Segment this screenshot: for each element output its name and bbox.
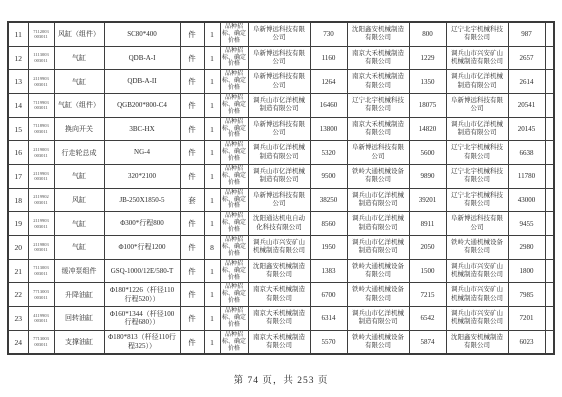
bidder-2-name: 南京大禾机械制造有限公司 (347, 46, 409, 70)
bidder-2-price: 39201 (409, 188, 446, 212)
bidder-2-price: 1500 (409, 259, 446, 283)
material-code-bottom: 003011 (29, 342, 54, 348)
bidder-3-name: 调兵山市兴安矿山机械制造有限公司 (446, 259, 508, 283)
bidder-2-name: 沈阳鑫安机械制造有限公司 (347, 22, 409, 46)
bidder-2-price: 9890 (409, 165, 446, 189)
remark-cell (545, 165, 554, 189)
unit: 件 (180, 307, 204, 331)
table-row: 13 2119903 003011 气缸 QDB-A-II 件 1 品种招标、确… (8, 70, 554, 94)
remark-cell (545, 141, 554, 165)
bidder-3-price: 1800 (508, 259, 545, 283)
bidder-3-price: 20145 (508, 117, 545, 141)
bidder-1-name: 阜新博远科技有限公司 (248, 22, 310, 46)
bidder-2-name: 铁岭大通机械设备有限公司 (347, 165, 409, 189)
item-name: 风缸 (54, 188, 104, 212)
bidder-3-price: 6023 (508, 330, 545, 354)
bidder-1-price: 5320 (310, 141, 347, 165)
row-number: 12 (8, 46, 28, 70)
unit: 件 (180, 259, 204, 283)
bidder-2-name: 辽宁北宇机械科技有限公司 (347, 94, 409, 118)
bidder-1-name: 调兵山市亿洋机械制造有限公司 (248, 94, 310, 118)
item-spec: QDB-A-I (104, 46, 180, 70)
bidder-3-price: 7985 (508, 283, 545, 307)
bidder-1-name: 阜新博远科技有限公司 (248, 117, 310, 141)
bidder-2-price: 800 (409, 22, 446, 46)
item-name: 换向开关 (54, 117, 104, 141)
quantity: 1 (204, 22, 220, 46)
bidder-2-name: 南京大禾机械制造有限公司 (347, 70, 409, 94)
bidder-2-price: 1350 (409, 70, 446, 94)
unit: 件 (180, 283, 204, 307)
item-name: 气缸 (54, 212, 104, 236)
material-code: 2119003 003011 (28, 141, 54, 165)
procurement-method: 品种招标、确定价格 (220, 283, 248, 307)
material-code: 2119803 003011 (28, 236, 54, 260)
unit: 件 (180, 330, 204, 354)
remark-cell (545, 94, 554, 118)
bidder-1-name: 调兵山市兴安矿山机械制造有限公司 (248, 236, 310, 260)
row-number: 15 (8, 117, 28, 141)
bidder-3-name: 调兵山市兴安矿山机械制造有限公司 (446, 46, 508, 70)
bidder-2-name: 调兵山市亿洋机械制造有限公司 (347, 307, 409, 331)
material-code-bottom: 003011 (29, 34, 54, 40)
table-row: 14 7119903 003011 气缸（组件） QGB200*800-C4 件… (8, 94, 554, 118)
bidder-1-price: 730 (310, 22, 347, 46)
bidder-1-name: 阜新博远科技有限公司 (248, 188, 310, 212)
bidder-1-price: 9500 (310, 165, 347, 189)
material-code: 1113003 003011 (28, 46, 54, 70)
procurement-method: 品种招标、确定价格 (220, 188, 248, 212)
bidder-1-price: 16460 (310, 94, 347, 118)
bidder-2-name: 调兵山市亿洋机械制造有限公司 (347, 188, 409, 212)
bidder-2-price: 7215 (409, 283, 446, 307)
bidder-1-price: 5570 (310, 330, 347, 354)
material-code: 2119902 003011 (28, 188, 54, 212)
unit: 件 (180, 94, 204, 118)
quantity: 1 (204, 307, 220, 331)
unit: 套 (180, 188, 204, 212)
bidder-3-name: 调兵山市兴安矿山机械制造有限公司 (446, 283, 508, 307)
bidder-1-price: 1160 (310, 46, 347, 70)
bidder-3-price: 987 (508, 22, 545, 46)
quantity: 1 (204, 46, 220, 70)
unit: 件 (180, 70, 204, 94)
row-number: 17 (8, 165, 28, 189)
bidder-3-name: 辽宁北宇机械科技有限公司 (446, 22, 508, 46)
procurement-method: 品种招标、确定价格 (220, 165, 248, 189)
procurement-method: 品种招标、确定价格 (220, 307, 248, 331)
material-code-bottom: 003011 (29, 200, 54, 206)
row-number: 13 (8, 70, 28, 94)
remark-cell (545, 70, 554, 94)
bidder-1-price: 6700 (310, 283, 347, 307)
bidder-3-name: 辽宁北宇机械科技有限公司 (446, 188, 508, 212)
document-page: 11 7112003 003011 风缸（组件） SC80*400 件 1 品种… (0, 0, 562, 397)
item-spec: QGB200*800-C4 (104, 94, 180, 118)
bidder-3-name: 辽宁北宇机械科技有限公司 (446, 141, 508, 165)
row-number: 14 (8, 94, 28, 118)
bidder-3-price: 11780 (508, 165, 545, 189)
remark-cell (545, 259, 554, 283)
quantity: 1 (204, 188, 220, 212)
remark-cell (545, 330, 554, 354)
bidder-1-name: 沈阳鑫安机械制造有限公司 (248, 259, 310, 283)
item-name: 风缸（组件） (54, 22, 104, 46)
remark-cell (545, 307, 554, 331)
item-name: 升降油缸 (54, 283, 104, 307)
row-number: 23 (8, 307, 28, 331)
bidder-3-name: 调兵山市兴安矿山机械制造有限公司 (446, 307, 508, 331)
bidder-1-price: 6314 (310, 307, 347, 331)
procurement-method: 品种招标、确定价格 (220, 22, 248, 46)
procurement-method: 品种招标、确定价格 (220, 212, 248, 236)
material-code-bottom: 003011 (29, 247, 54, 253)
row-number: 21 (8, 259, 28, 283)
material-code: 4119903 003011 (28, 307, 54, 331)
table-row: 17 2119903 003011 气缸 320*2100 件 1 品种招标、确… (8, 165, 554, 189)
material-code: 2119903 003011 (28, 212, 54, 236)
bidder-3-name: 辽宁北宇机械科技有限公司 (446, 165, 508, 189)
material-code: 2119903 003011 (28, 165, 54, 189)
table-row: 22 7713003 003011 升降油缸 Φ180*1226（杆径110行程… (8, 283, 554, 307)
item-spec: Φ180*813（杆径110行程325）） (104, 330, 180, 354)
material-code: 7119903 003011 (28, 94, 54, 118)
row-number: 18 (8, 188, 28, 212)
table-row: 12 1113003 003011 气缸 QDB-A-I 件 1 品种招标、确定… (8, 46, 554, 70)
item-spec: 320*2100 (104, 165, 180, 189)
bidder-1-name: 南京大禾机械制造有限公司 (248, 330, 310, 354)
bidder-2-name: 铁岭大通机械设备有限公司 (347, 283, 409, 307)
material-code-bottom: 003011 (29, 82, 54, 88)
item-name: 气缸 (54, 165, 104, 189)
bidder-1-name: 阜新博远科技有限公司 (248, 70, 310, 94)
bidder-2-price: 1229 (409, 46, 446, 70)
material-code: 7112003 003011 (28, 22, 54, 46)
bidder-2-price: 5874 (409, 330, 446, 354)
unit: 件 (180, 46, 204, 70)
item-name: 气缸 (54, 236, 104, 260)
bidder-2-price: 14820 (409, 117, 446, 141)
quantity: 1 (204, 141, 220, 165)
procurement-method: 品种招标、确定价格 (220, 330, 248, 354)
bidder-2-price: 6542 (409, 307, 446, 331)
material-code-bottom: 003011 (29, 271, 54, 277)
unit: 件 (180, 141, 204, 165)
item-name: 气缸 (54, 46, 104, 70)
item-name: 行走轮总成 (54, 141, 104, 165)
bidder-3-price: 2657 (508, 46, 545, 70)
bidder-3-price: 7201 (508, 307, 545, 331)
bidder-2-name: 阜新博远科技有限公司 (347, 141, 409, 165)
item-spec: QDB-A-II (104, 70, 180, 94)
table-row: 20 2119803 003011 气缸 Φ100*行程1200 件 8 品种招… (8, 236, 554, 260)
item-spec: NG-4 (104, 141, 180, 165)
bidder-1-name: 沈阳通达机电自动化科技有限公司 (248, 212, 310, 236)
bidder-3-name: 沈阳鑫安机械制造有限公司 (446, 330, 508, 354)
table-row: 15 7118903 003011 换向开关 3BC-HX 件 1 品种招标、确… (8, 117, 554, 141)
bidder-1-price: 1264 (310, 70, 347, 94)
bidder-1-name: 阜新博远科技有限公司 (248, 46, 310, 70)
bidder-1-price: 1950 (310, 236, 347, 260)
table-row: 24 7713003 003011 支撑油缸 Φ180*813（杆径110行程3… (8, 330, 554, 354)
remark-cell (545, 236, 554, 260)
bidder-2-name: 调兵山市亿洋机械制造有限公司 (347, 236, 409, 260)
bidder-2-name: 南京大禾机械制造有限公司 (347, 117, 409, 141)
bidder-2-name: 铁岭大通机械设备有限公司 (347, 330, 409, 354)
procurement-method: 品种招标、确定价格 (220, 236, 248, 260)
material-code-bottom: 003011 (29, 105, 54, 111)
bidder-1-name: 调兵山市亿洋机械制造有限公司 (248, 165, 310, 189)
bidder-1-price: 8560 (310, 212, 347, 236)
table-row: 19 2119903 003011 气缸 Φ300*行程800 件 1 品种招标… (8, 212, 554, 236)
unit: 件 (180, 165, 204, 189)
bidder-2-price: 5600 (409, 141, 446, 165)
quantity: 8 (204, 236, 220, 260)
table-body: 11 7112003 003011 风缸（组件） SC80*400 件 1 品种… (8, 22, 554, 354)
procurement-method: 品种招标、确定价格 (220, 70, 248, 94)
material-code-bottom: 003011 (29, 295, 54, 301)
material-code-bottom: 003011 (29, 224, 54, 230)
bidder-3-price: 43000 (508, 188, 545, 212)
table-row: 11 7112003 003011 风缸（组件） SC80*400 件 1 品种… (8, 22, 554, 46)
remark-cell (545, 283, 554, 307)
unit: 件 (180, 117, 204, 141)
bidder-2-price: 2050 (409, 236, 446, 260)
procurement-method: 品种招标、确定价格 (220, 46, 248, 70)
procurement-table: 11 7112003 003011 风缸（组件） SC80*400 件 1 品种… (7, 21, 555, 355)
bidder-3-price: 20541 (508, 94, 545, 118)
unit: 件 (180, 212, 204, 236)
item-spec: Φ180*1226（杆径110行程520）） (104, 283, 180, 307)
row-number: 16 (8, 141, 28, 165)
material-code-bottom: 003011 (29, 318, 54, 324)
item-spec: JB-250X1850-5 (104, 188, 180, 212)
bidder-3-name: 铁岭大通机械设备有限公司 (446, 236, 508, 260)
remark-cell (545, 22, 554, 46)
row-number: 11 (8, 22, 28, 46)
quantity: 1 (204, 94, 220, 118)
material-code-bottom: 003011 (29, 176, 54, 182)
procurement-method: 品种招标、确定价格 (220, 259, 248, 283)
item-spec: GSQ-1000/12E/580-T (104, 259, 180, 283)
bidder-2-price: 8911 (409, 212, 446, 236)
item-name: 支撑油缸 (54, 330, 104, 354)
bidder-3-name: 阜新博远科技有限公司 (446, 94, 508, 118)
material-code-bottom: 003011 (29, 58, 54, 64)
material-code: 7113003 003011 (28, 259, 54, 283)
material-code: 7713003 003011 (28, 330, 54, 354)
bidder-1-name: 南京大禾机械制造有限公司 (248, 283, 310, 307)
bidder-1-price: 1383 (310, 259, 347, 283)
bidder-3-price: 2980 (508, 236, 545, 260)
bidder-3-name: 阜新博远科技有限公司 (446, 212, 508, 236)
item-spec: Φ100*行程1200 (104, 236, 180, 260)
quantity: 1 (204, 212, 220, 236)
bidder-2-name: 铁岭大通机械设备有限公司 (347, 259, 409, 283)
bidder-3-price: 2614 (508, 70, 545, 94)
page-number-footer: 第 74 页，共 253 页 (0, 372, 562, 386)
bidder-1-name: 南京大禾机械制造有限公司 (248, 307, 310, 331)
material-code: 7118903 003011 (28, 117, 54, 141)
row-number: 20 (8, 236, 28, 260)
table-row: 16 2119003 003011 行走轮总成 NG-4 件 1 品种招标、确定… (8, 141, 554, 165)
item-name: 回转油缸 (54, 307, 104, 331)
item-spec: Φ300*行程800 (104, 212, 180, 236)
bidder-2-name: 调兵山市亿洋机械制造有限公司 (347, 212, 409, 236)
remark-cell (545, 212, 554, 236)
quantity: 1 (204, 330, 220, 354)
quantity: 1 (204, 165, 220, 189)
item-spec: Φ160*1344（杆径100行程680）） (104, 307, 180, 331)
bidder-1-name: 调兵山市亿洋机械制造有限公司 (248, 141, 310, 165)
row-number: 22 (8, 283, 28, 307)
material-code: 7713003 003011 (28, 283, 54, 307)
material-code-bottom: 003011 (29, 129, 54, 135)
table-row: 23 4119903 003011 回转油缸 Φ160*1344（杆径100行程… (8, 307, 554, 331)
remark-cell (545, 117, 554, 141)
material-code: 2119903 003011 (28, 70, 54, 94)
item-name: 气缸（组件） (54, 94, 104, 118)
bidder-3-name: 调兵山市亿洋机械制造有限公司 (446, 70, 508, 94)
quantity: 1 (204, 259, 220, 283)
row-number: 19 (8, 212, 28, 236)
item-spec: 3BC-HX (104, 117, 180, 141)
quantity: 1 (204, 70, 220, 94)
table-row: 21 7113003 003011 缓冲泵组件 GSQ-1000/12E/580… (8, 259, 554, 283)
item-name: 气缸 (54, 70, 104, 94)
quantity: 1 (204, 283, 220, 307)
unit: 件 (180, 236, 204, 260)
row-number: 24 (8, 330, 28, 354)
bidder-2-price: 18075 (409, 94, 446, 118)
bidder-1-price: 13800 (310, 117, 347, 141)
procurement-method: 品种招标、确定价格 (220, 94, 248, 118)
quantity: 1 (204, 117, 220, 141)
unit: 件 (180, 22, 204, 46)
item-name: 缓冲泵组件 (54, 259, 104, 283)
bidder-1-price: 38250 (310, 188, 347, 212)
bidder-3-price: 6638 (508, 141, 545, 165)
item-spec: SC80*400 (104, 22, 180, 46)
remark-cell (545, 46, 554, 70)
material-code-bottom: 003011 (29, 153, 54, 159)
procurement-method: 品种招标、确定价格 (220, 141, 248, 165)
bidder-3-price: 9455 (508, 212, 545, 236)
bidder-3-name: 调兵山市亿洋机械制造有限公司 (446, 117, 508, 141)
procurement-method: 品种招标、确定价格 (220, 117, 248, 141)
table-row: 18 2119902 003011 风缸 JB-250X1850-5 套 1 品… (8, 188, 554, 212)
remark-cell (545, 188, 554, 212)
